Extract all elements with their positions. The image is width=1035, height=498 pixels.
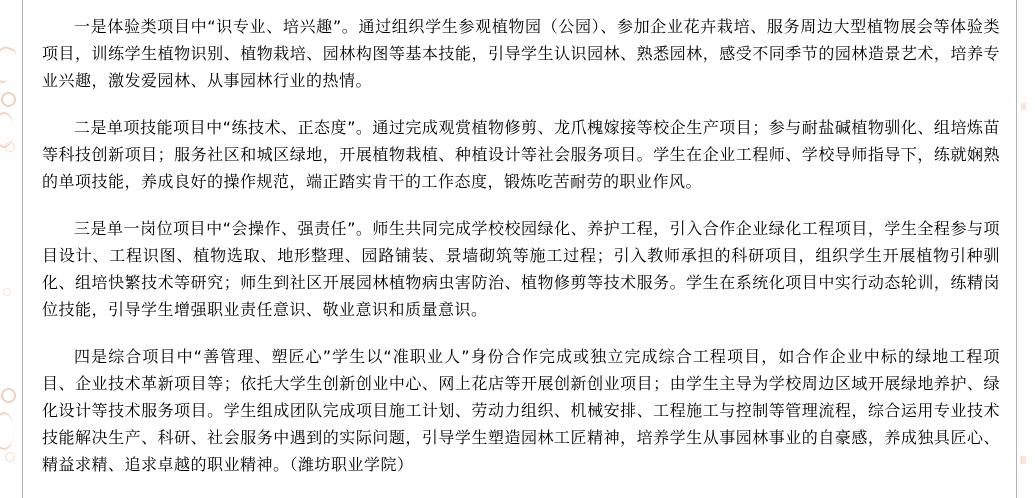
watermark-fragment bbox=[0, 112, 14, 148]
watermark-fragment bbox=[0, 412, 14, 450]
watermark-fragment bbox=[0, 44, 17, 84]
paragraph-experience-projects: 一是体验类项目中“识专业、培兴趣”。通过组织学生参观植物园（公园）、参加企业花卉… bbox=[42, 13, 1000, 94]
watermark-fragment bbox=[1, 92, 16, 107]
paragraph-comprehensive-projects: 四是综合项目中“善管理、塑匠心”学生以“准职业人”身份合作完成或独立完成综合工程… bbox=[42, 343, 1000, 478]
watermark-fragment bbox=[5, 452, 15, 462]
watermark-fragment bbox=[1020, 456, 1026, 464]
article-body: 一是体验类项目中“识专业、培兴趣”。通过组织学生参观植物园（公园）、参加企业花卉… bbox=[42, 13, 1000, 498]
watermark-fragment bbox=[3, 288, 11, 296]
paragraph-single-skill-projects: 二是单项技能项目中“练技术、正态度”。通过完成观赏植物修剪、龙爪槐嫁接等校企生产… bbox=[42, 114, 1000, 195]
document-page: 一是体验类项目中“识专业、培兴趣”。通过组织学生参观植物园（公园）、参加企业花卉… bbox=[0, 0, 1035, 498]
paragraph-single-post-projects: 三是单一岗位项目中“会操作、强责任”。师生共同完成学校校园绿化、养护工程，引入合… bbox=[42, 215, 1000, 323]
watermark-fragment bbox=[1021, 103, 1026, 110]
watermark-fragment bbox=[5, 142, 15, 152]
watermark-fragment bbox=[1, 388, 16, 403]
left-margin-rule bbox=[22, 0, 23, 498]
right-margin-rule bbox=[1016, 0, 1017, 498]
